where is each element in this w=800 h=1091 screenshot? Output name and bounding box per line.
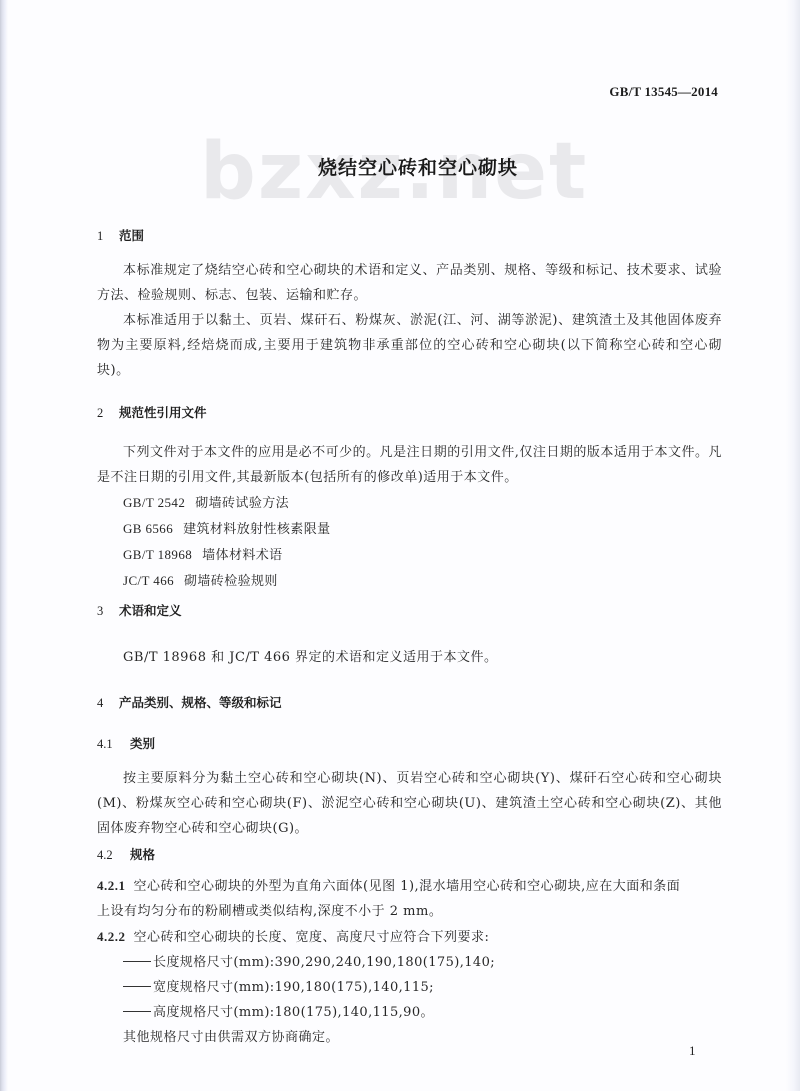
reference-list: GB/T 2542砌墙砖试验方法 GB 6566建筑材料放射性核素限量 GB/T… <box>97 490 722 594</box>
reference-code: GB 6566 <box>123 516 173 541</box>
dash-marker <box>123 986 151 987</box>
reference-item: GB 6566建筑材料放射性核素限量 <box>97 516 722 542</box>
paragraph: 本标准规定了烧结空心砖和空心砌块的术语和定义、产品类别、规格、等级和标记、技术要… <box>97 258 722 308</box>
reference-title: 砌墙砖检验规则 <box>184 574 278 589</box>
dimension-text: 宽度规格尺寸(mm):190,180(175),140,115; <box>153 980 434 995</box>
reference-code: GB/T 18968 <box>123 542 192 567</box>
clause-number: 4.2.2 <box>97 924 126 949</box>
section-title: 类别 <box>130 736 155 751</box>
section-title: 术语和定义 <box>119 603 182 618</box>
dimension-length: 长度规格尺寸(mm):390,290,240,190,180(175),140; <box>97 950 722 975</box>
reference-code: JC/T 466 <box>123 568 174 593</box>
standard-number: GB/T 13545—2014 <box>609 84 718 100</box>
paragraph: 按主要原料分为黏土空心砖和空心砌块(N)、页岩空心砖和空心砌块(Y)、煤矸石空心… <box>97 766 722 841</box>
dimension-text: 高度规格尺寸(mm):180(175),140,115,90。 <box>153 1005 434 1020</box>
reference-code: GB/T 2542 <box>123 490 185 515</box>
document-title: 烧结空心砖和空心砌块 <box>0 153 800 180</box>
section-1-body: 本标准规定了烧结空心砖和空心砌块的术语和定义、产品类别、规格、等级和标记、技术要… <box>97 258 722 383</box>
dimension-width: 宽度规格尺寸(mm):190,180(175),140,115; <box>97 975 722 1000</box>
section-3-body: GB/T 18968 和 JC/T 466 界定的术语和定义适用于本文件。 <box>97 645 722 670</box>
reference-title: 墙体材料术语 <box>202 548 282 563</box>
dash-marker <box>123 961 151 962</box>
section-4-2-body: 4.2.1空心砖和空心砌块的外型为直角六面体(见图 1),混水墙用空心砖和空心砌… <box>97 873 722 1050</box>
section-number: 3 <box>97 604 119 619</box>
reference-title: 砌墙砖试验方法 <box>195 496 289 511</box>
paragraph: 本标准适用于以黏土、页岩、煤矸石、粉煤灰、淤泥(江、河、湖等淤泥)、建筑渣土及其… <box>97 308 722 383</box>
section-4-1-heading: 4.1类别 <box>97 734 155 752</box>
dimension-note: 其他规格尺寸由供需双方协商确定。 <box>97 1025 722 1050</box>
section-number: 4.2 <box>97 848 130 863</box>
section-title: 范围 <box>119 228 144 243</box>
dash-marker <box>123 1011 151 1012</box>
document-page: GB/T 13545—2014 bzxz.net 烧结空心砖和空心砌块 1范围 … <box>0 0 800 1091</box>
clause-text: 空心砖和空心砌块的外型为直角六面体(见图 1),混水墙用空心砖和空心砌块,应在大… <box>134 879 681 894</box>
section-4-1-body: 按主要原料分为黏土空心砖和空心砌块(N)、页岩空心砖和空心砌块(Y)、煤矸石空心… <box>97 766 722 841</box>
dimension-height: 高度规格尺寸(mm):180(175),140,115,90。 <box>97 1000 722 1025</box>
paragraph: GB/T 18968 和 JC/T 466 界定的术语和定义适用于本文件。 <box>97 645 722 670</box>
clause-4-2-1-continued: 上设有均匀分布的粉刷槽或类似结构,深度不小于 2 mm。 <box>97 899 722 924</box>
section-2-heading: 2规范性引用文件 <box>97 403 207 421</box>
section-1-heading: 1范围 <box>97 226 144 244</box>
reference-item: JC/T 466砌墙砖检验规则 <box>97 568 722 594</box>
section-number: 1 <box>97 229 119 244</box>
reference-item: GB/T 2542砌墙砖试验方法 <box>97 490 722 516</box>
clause-text: 空心砖和空心砌块的长度、宽度、高度尺寸应符合下列要求: <box>134 930 490 945</box>
section-4-2-heading: 4.2规格 <box>97 845 155 863</box>
section-number: 2 <box>97 406 119 421</box>
reference-title: 建筑材料放射性核素限量 <box>183 522 330 537</box>
page-number: 1 <box>689 1043 696 1059</box>
clause-4-2-2: 4.2.2空心砖和空心砌块的长度、宽度、高度尺寸应符合下列要求: <box>97 924 722 950</box>
section-4-heading: 4产品类别、规格、等级和标记 <box>97 693 282 711</box>
clause-4-2-1: 4.2.1空心砖和空心砌块的外型为直角六面体(见图 1),混水墙用空心砖和空心砌… <box>97 873 722 899</box>
dimension-text: 长度规格尺寸(mm):390,290,240,190,180(175),140; <box>153 955 495 970</box>
section-title: 规格 <box>130 847 155 862</box>
section-number: 4 <box>97 696 119 711</box>
section-title: 规范性引用文件 <box>119 405 207 420</box>
section-title: 产品类别、规格、等级和标记 <box>119 695 282 710</box>
clause-number: 4.2.1 <box>97 873 126 898</box>
paragraph: 下列文件对于本文件的应用是必不可少的。凡是注日期的引用文件,仅注日期的版本适用于… <box>97 440 722 490</box>
section-2-body: 下列文件对于本文件的应用是必不可少的。凡是注日期的引用文件,仅注日期的版本适用于… <box>97 440 722 594</box>
section-number: 4.1 <box>97 737 130 752</box>
section-3-heading: 3术语和定义 <box>97 601 182 619</box>
reference-item: GB/T 18968墙体材料术语 <box>97 542 722 568</box>
